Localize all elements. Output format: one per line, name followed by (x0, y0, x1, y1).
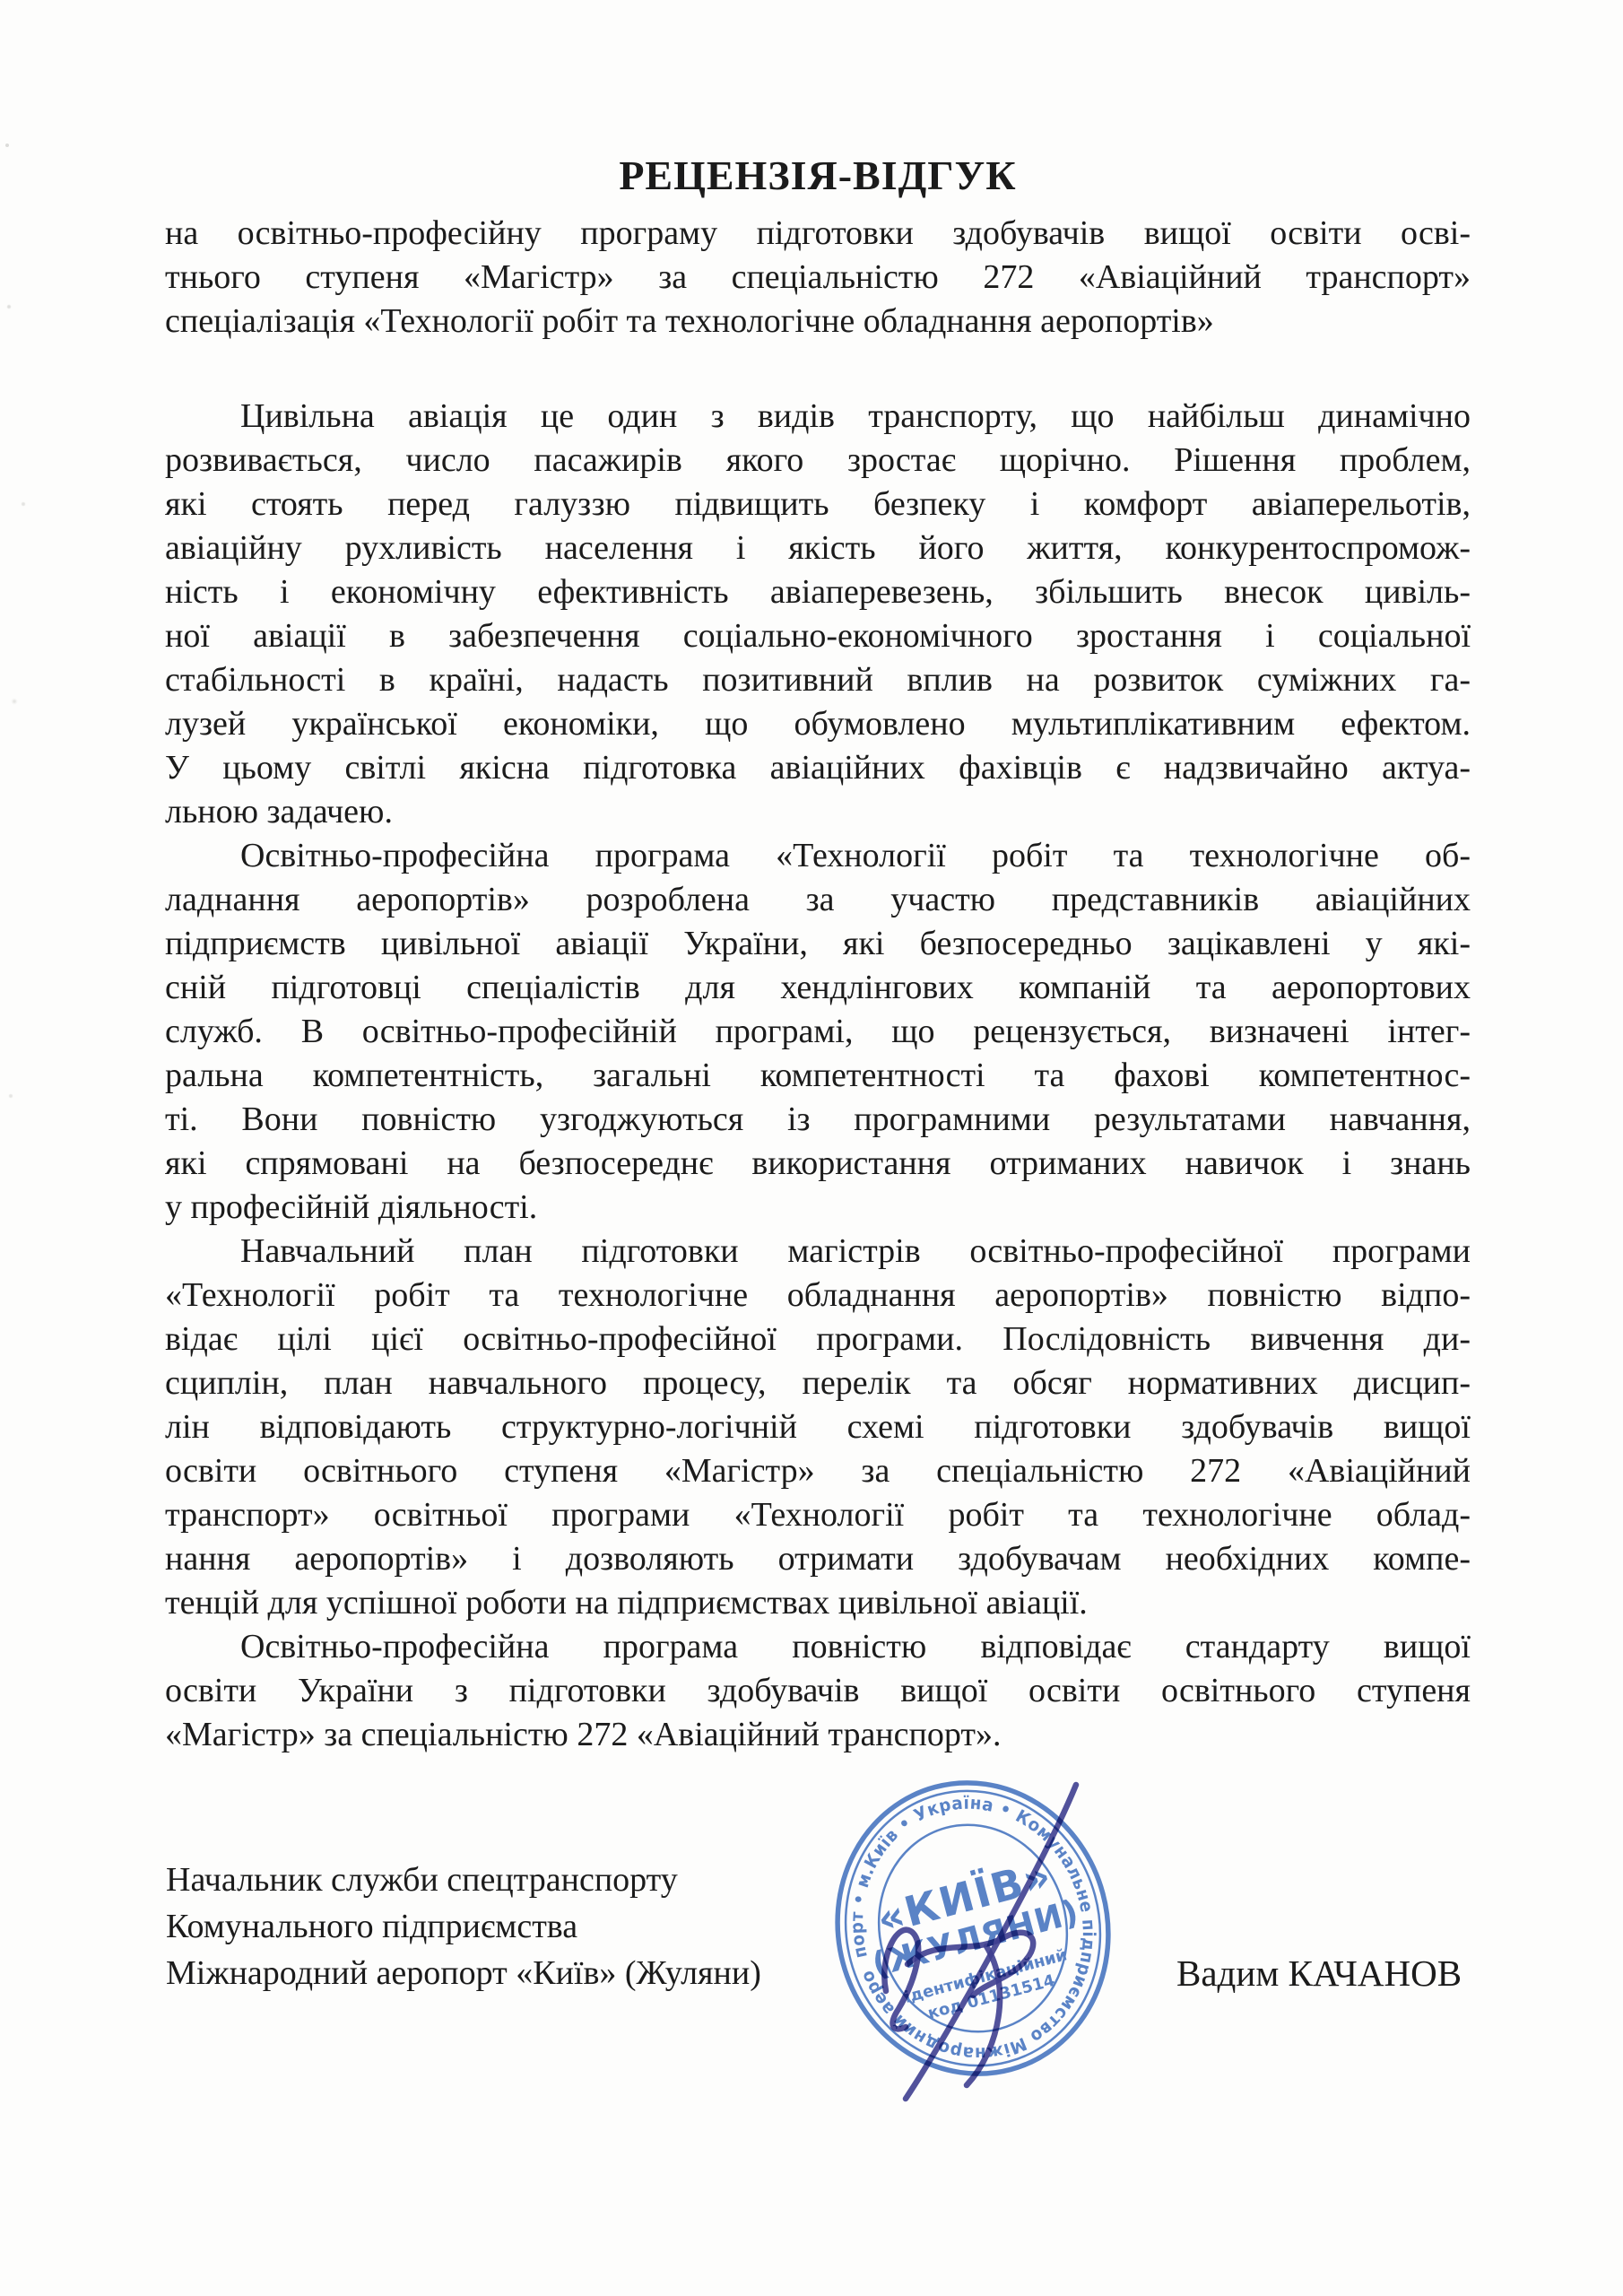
text-line: Освітньо-професійна програма «Технології… (165, 834, 1471, 878)
text-line: Цивільна авіація це один з видів транспо… (165, 395, 1471, 439)
text-line: у професійній діяльності. (165, 1186, 1471, 1230)
text-line: «Технології робіт та технологічне обладн… (165, 1274, 1471, 1318)
signatory-position-block: Начальник служби спецтранспортуКомунальн… (166, 1857, 761, 1996)
text-line: авіаційну рухливість населення і якість … (165, 526, 1471, 570)
text-line: ладнання аеропортів» розроблена за участ… (165, 878, 1471, 922)
text-line: нання аеропортів» і дозволяють отримати … (165, 1537, 1471, 1581)
text-line: служб. В освітньо-професійній програмі, … (165, 1010, 1471, 1054)
text-line: Навчальний план підготовки магістрів осв… (165, 1230, 1471, 1274)
paragraph-3: Навчальний план підготовки магістрів осв… (165, 1230, 1471, 1625)
handwritten-signature (852, 1753, 1139, 2112)
document-body: РЕЦЕНЗІЯ-ВІДГУК на освітньо-професійну п… (165, 151, 1471, 1757)
text-line: ної авіації в забезпечення соціально-еко… (165, 614, 1471, 658)
text-line: тнього ступеня «Магістр» за спеціальніст… (165, 256, 1471, 300)
text-line: які спрямовані на безпосереднє використа… (165, 1142, 1471, 1186)
signatory-name: Вадим КАЧАНОВ (1176, 1950, 1462, 1996)
scan-noise-specks (5, 143, 9, 147)
scanned-document-page: РЕЦЕНЗІЯ-ВІДГУК на освітньо-професійну п… (0, 0, 1623, 2296)
text-line: Міжнародний аеропорт «Київ» (Жуляни) (166, 1950, 761, 1996)
text-line: сній підготовці спеціалістів для хендлін… (165, 966, 1471, 1010)
text-line: транспорт» освітньої програми «Технологі… (165, 1493, 1471, 1537)
text-line: стабільності в країні, надасть позитивни… (165, 658, 1471, 702)
text-line: льною задачею. (165, 790, 1471, 834)
text-line: на освітньо-професійну програму підготов… (165, 212, 1471, 256)
text-line: підприємств цивільної авіації України, я… (165, 922, 1471, 966)
text-line: освіти освітнього ступеня «Магістр» за с… (165, 1449, 1471, 1493)
text-line: ті. Вони повністю узгоджуються із програ… (165, 1098, 1471, 1142)
text-line: ральна компетентність, загальні компетен… (165, 1054, 1471, 1098)
text-line: тенцій для успішної роботи на підприємст… (165, 1581, 1471, 1625)
paragraph-2: Освітньо-професійна програма «Технології… (165, 834, 1471, 1230)
text-line: відає цілі цієї освітньо-професійної про… (165, 1318, 1471, 1361)
document-subtitle: на освітньо-професійну програму підготов… (165, 212, 1471, 344)
signature-loop-stroke (884, 1930, 918, 2030)
paragraph-4: Освітньо-професійна програма повністю ві… (165, 1625, 1471, 1757)
text-line: ність і економічну ефективність авіапере… (165, 570, 1471, 614)
text-line: розвивається, число пасажирів якого зрос… (165, 439, 1471, 483)
text-line: «Магістр» за спеціальністю 272 «Авіаційн… (165, 1713, 1471, 1757)
paragraph-1: Цивільна авіація це один з видів транспо… (165, 395, 1471, 834)
text-line: які стоять перед галуззю підвищить безпе… (165, 483, 1471, 526)
text-line: освіти України з підготовки здобувачів в… (165, 1669, 1471, 1713)
text-line: лін відповідають структурно-логічній схе… (165, 1405, 1471, 1449)
text-line: спеціалізація «Технології робіт та техно… (165, 300, 1471, 344)
text-line: Освітньо-професійна програма повністю ві… (165, 1625, 1471, 1669)
text-line: Комунального підприємства (166, 1903, 761, 1950)
text-line: У цьому світлі якісна підготовка авіацій… (165, 746, 1471, 790)
text-line: Начальник служби спецтранспорту (166, 1857, 761, 1903)
text-line: лузей української економіки, що обумовле… (165, 702, 1471, 746)
text-line: сциплін, план навчального процесу, перел… (165, 1361, 1471, 1405)
page-title: РЕЦЕНЗІЯ-ВІДГУК (165, 151, 1471, 201)
